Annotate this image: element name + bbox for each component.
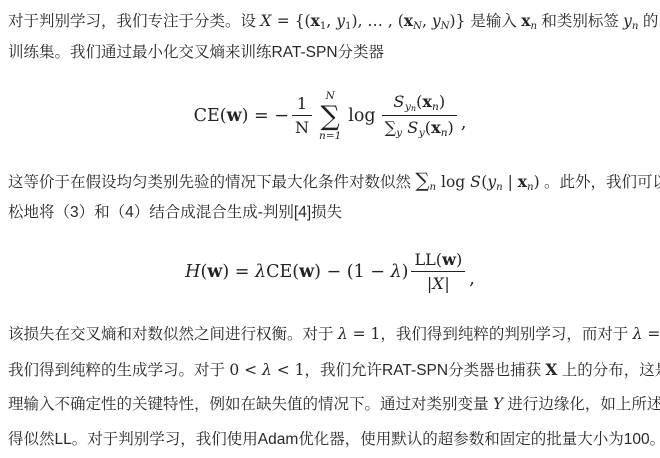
text-run: 训练集。我们通过最小化交叉熵来训练RAT-SPN分类器 bbox=[8, 44, 384, 61]
text-run: 我们得到纯粹的生成学习。对于 bbox=[8, 362, 229, 379]
math-token: , bbox=[461, 113, 467, 133]
text-line: 我们得到纯粹的生成学习。对于 0 < λ < 1，我们允许RAT-SPN分类器也… bbox=[8, 352, 652, 387]
math-token: x bbox=[422, 92, 432, 111]
sum-lower-limit: n=1 bbox=[319, 130, 341, 143]
text-run: ，我们得到纯粹的判别学习，而对于 bbox=[380, 326, 632, 343]
text-run: ，我们允许RAT-SPN分类器也捕获 bbox=[305, 362, 546, 379]
math-token: < 1 bbox=[272, 361, 305, 379]
math-token: x bbox=[431, 118, 441, 137]
math-token: w bbox=[227, 106, 242, 126]
text-run: 这等价于在假设均匀类别先验的情况下最大化条件对数似然 bbox=[8, 174, 415, 191]
math-token: ) = bbox=[222, 262, 255, 282]
math-token: Y bbox=[493, 395, 503, 413]
formula-lhs: H(w) = λCE(w) − (1 − λ) bbox=[185, 262, 408, 282]
math-token: H bbox=[185, 262, 200, 282]
math-token: ∑ bbox=[415, 169, 429, 192]
formula-lhs: CE(w) = − bbox=[194, 106, 289, 126]
math-token: x bbox=[518, 172, 527, 191]
math-token: ), … , ( bbox=[352, 12, 404, 30]
math-token: ) bbox=[439, 92, 445, 111]
text-run: 是输入 bbox=[470, 13, 521, 30]
text-run: 的 bbox=[639, 13, 659, 30]
math-token: n bbox=[496, 182, 503, 193]
math-token: X bbox=[260, 12, 272, 30]
formula-hybrid-loss: H(w) = λCE(w) − (1 − λ) LL(w) |X| , bbox=[8, 246, 652, 298]
text-line: 理输入不确定性的关键特性，例如在缺失值的情况下。通过对类别变量 Y 进行边缘化，… bbox=[8, 387, 652, 422]
sigma-icon: ∑ bbox=[321, 103, 340, 130]
text-run: 得似然LL。对于判别学习，我们使用Adam优化器，使用默认的超参数和固定的批量大… bbox=[8, 431, 660, 448]
text-run: 。此外，我们可以轻 bbox=[540, 174, 660, 191]
math-token: X bbox=[432, 274, 444, 293]
math-token: S bbox=[407, 118, 419, 137]
formula-comma: , bbox=[461, 113, 467, 133]
formula-comma: , bbox=[469, 269, 475, 289]
math-token: n bbox=[441, 126, 448, 139]
math-token: S bbox=[393, 92, 405, 111]
math-token: N bbox=[413, 21, 422, 32]
fraction-denominator: N bbox=[292, 116, 312, 138]
text-line: 对于判别学习，我们专注于分类。设 X = {(x1, y1), … , (xN,… bbox=[8, 5, 652, 37]
math-token: ) = − bbox=[242, 106, 289, 126]
fraction-numerator: 1 bbox=[292, 95, 312, 117]
paragraph-equivalence: 这等价于在假设均匀类别先验的情况下最大化条件对数似然 ∑n log S(yn |… bbox=[8, 165, 652, 229]
fraction-numerator: LL(w) bbox=[411, 251, 465, 273]
fraction-one-over-N: 1 N bbox=[292, 95, 312, 138]
fraction-denominator: ∑y Sy(xn) bbox=[382, 116, 457, 139]
math-token: | bbox=[444, 274, 449, 293]
text-run: 上的分布，这是处 bbox=[557, 362, 660, 379]
math-token: log bbox=[436, 173, 470, 191]
log-operator: log bbox=[348, 106, 375, 126]
math-token: X bbox=[545, 360, 557, 379]
math-token: LL( bbox=[414, 250, 442, 269]
math-token: n bbox=[632, 21, 639, 32]
fraction-spn-ratio: Syn(xn) ∑y Sy(xn) bbox=[382, 93, 457, 139]
math-token: n bbox=[527, 182, 534, 193]
paragraph-tradeoff: 该损失在交叉熵和对数似然之间进行权衡。对于 λ = 1，我们得到纯粹的判别学习，… bbox=[8, 317, 652, 457]
text-line: 该损失在交叉熵和对数似然之间进行权衡。对于 λ = 1，我们得到纯粹的判别学习，… bbox=[8, 317, 652, 352]
math-token: = 0 bbox=[642, 325, 660, 343]
fraction-numerator: Syn(xn) bbox=[382, 93, 457, 116]
formula-cross-entropy: CE(w) = − 1 N N ∑ n=1 log Syn(xn) ∑y Sy(… bbox=[8, 82, 652, 150]
math-token: λ bbox=[391, 262, 402, 282]
math-token: y bbox=[487, 173, 496, 191]
math-token: , bbox=[469, 269, 475, 289]
math-token: ) bbox=[456, 250, 462, 269]
math-token: N bbox=[441, 21, 450, 32]
math-token: n bbox=[432, 100, 439, 113]
text-line: 得似然LL。对于判别学习，我们使用Adam优化器，使用默认的超参数和固定的批量大… bbox=[8, 422, 652, 457]
fraction-ll-over-x: LL(w) |X| bbox=[411, 251, 465, 294]
math-token: ∑ bbox=[385, 118, 397, 137]
math-token: ) bbox=[448, 118, 454, 137]
math-token: = 1 bbox=[348, 325, 381, 343]
math-token: ) − (1 − bbox=[314, 262, 390, 282]
text-line: 训练集。我们通过最小化交叉熵来训练RAT-SPN分类器 bbox=[8, 37, 652, 69]
text-run: 理输入不确定性的关键特性，例如在缺失值的情况下。通过对类别变量 bbox=[8, 396, 493, 413]
math-token: )} bbox=[450, 12, 471, 30]
text-run: 和类别标签 bbox=[537, 13, 623, 30]
text-run: 该损失在交叉熵和对数似然之间进行权衡。对于 bbox=[8, 326, 338, 343]
math-token: w bbox=[207, 262, 222, 282]
text-run: 松地将（3）和（4）结合成混合生成-判别[4]损失 bbox=[8, 204, 342, 221]
math-token: y bbox=[336, 12, 345, 30]
math-token: | bbox=[503, 173, 518, 191]
summation-symbol: N ∑ n=1 bbox=[319, 90, 341, 142]
math-token: y bbox=[432, 12, 441, 30]
math-token: x bbox=[404, 11, 413, 30]
math-token: CE( bbox=[194, 106, 227, 126]
text-run: 对于判别学习，我们专注于分类。设 bbox=[8, 13, 260, 30]
math-token: CE( bbox=[266, 262, 299, 282]
document-page: { "page": { "background": "#ffffff", "te… bbox=[0, 0, 660, 458]
math-token: 0 < bbox=[229, 361, 262, 379]
text-line: 这等价于在假设均匀类别先验的情况下最大化条件对数似然 ∑n log S(yn |… bbox=[8, 165, 652, 197]
math-token: w bbox=[299, 262, 314, 282]
math-token: y bbox=[623, 12, 632, 30]
math-token: ) bbox=[402, 262, 409, 282]
math-token: = {( bbox=[272, 12, 311, 30]
math-token: , bbox=[422, 12, 432, 30]
fraction-denominator: |X| bbox=[411, 272, 465, 294]
paragraph-intro: 对于判别学习，我们专注于分类。设 X = {(x1, y1), … , (xN,… bbox=[8, 5, 652, 69]
math-token: w bbox=[442, 250, 456, 269]
text-run: 进行边缘化，如上所述，获 bbox=[503, 396, 660, 413]
math-token: λ bbox=[262, 361, 272, 379]
math-token: , bbox=[326, 12, 336, 30]
math-token: S bbox=[470, 173, 481, 191]
math-token: λ bbox=[255, 262, 266, 282]
math-token: x bbox=[311, 11, 320, 30]
math-token: λ bbox=[338, 325, 348, 343]
math-token: λ bbox=[633, 325, 643, 343]
text-line: 松地将（3）和（4）结合成混合生成-判别[4]损失 bbox=[8, 197, 652, 229]
